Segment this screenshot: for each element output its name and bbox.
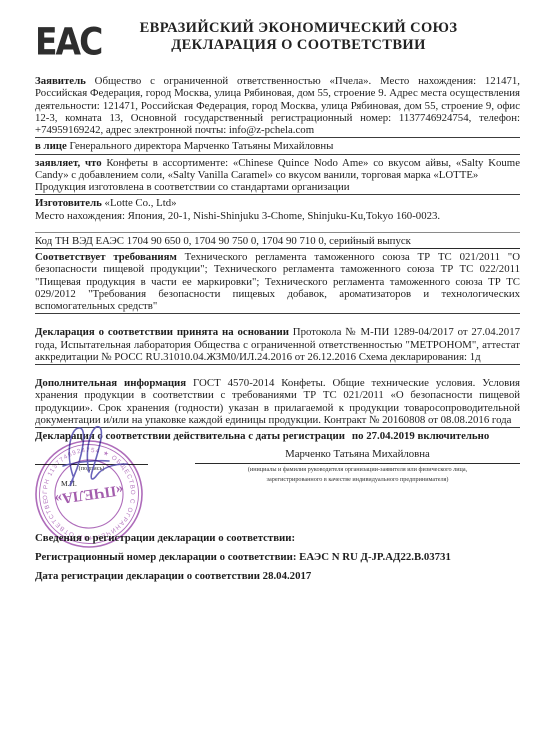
head-name: Марченко Татьяна Михайловна: [195, 448, 520, 461]
declares-paragraph: заявляет, что Конфеты в ассортименте: «C…: [35, 157, 520, 182]
document-title: ЕВРАЗИЙСКИЙ ЭКОНОМИЧЕСКИЙ СОЮЗ ДЕКЛАРАЦИ…: [87, 20, 520, 53]
divider: [35, 364, 520, 365]
applicant-paragraph: Заявитель Общество с ограниченной ответс…: [35, 75, 520, 136]
validity-date: по 27.04.2019 включительно: [352, 430, 489, 442]
manufacturer-address-line: Место нахождения: Япония, 20-1, Nishi-Sh…: [35, 210, 520, 222]
company-round-stamp: ОГРН 1137746924754 ★ ОБЩЕСТВО С ОГРАНИЧЕ…: [26, 431, 152, 557]
registration-number-line: Регистрационный номер декларации о соотв…: [35, 551, 520, 564]
registration-date-label: Дата регистрации декларации о соответств…: [35, 570, 260, 582]
registration-date-value: 28.04.2017: [263, 570, 312, 582]
divider: [35, 427, 520, 428]
name-caption-line-2: зарегистрированного в качестве индивидуа…: [195, 476, 520, 484]
additional-info-paragraph: Дополнительная информация ГОСТ 4570-2014…: [35, 377, 520, 426]
represented-by-line: в лице Генерального директора Марченко Т…: [35, 140, 520, 152]
declares-label: заявляет, что: [35, 157, 102, 169]
title-line-2: ДЕКЛАРАЦИЯ О СООТВЕТСТВИИ: [87, 37, 510, 53]
manufacturer-label: Изготовитель: [35, 197, 102, 209]
represented-by-text: Генерального директора Марченко Татьяны …: [70, 140, 334, 152]
divider: [35, 232, 520, 233]
tnved-line: Код ТН ВЭД ЕАЭС 1704 90 650 0, 1704 90 7…: [35, 235, 520, 247]
registration-date-line: Дата регистрации декларации о соответств…: [35, 570, 520, 583]
signature-right-block: Марченко Татьяна Михайловна (инициалы и …: [195, 448, 520, 483]
manufacturer-text: «Lotte Co., Ltd»: [105, 197, 177, 209]
divider: [35, 248, 520, 249]
manufacturer-line: Изготовитель «Lotte Co., Ltd»: [35, 197, 520, 209]
divider: [35, 313, 520, 314]
divider: [35, 154, 520, 155]
applicant-text: Общество с ограниченной ответственностью…: [35, 75, 520, 136]
registration-number-label: Регистрационный номер декларации о соотв…: [35, 551, 296, 563]
represented-by-label: в лице: [35, 140, 67, 152]
stamp-center-text: «ПЧЕЛА»: [53, 481, 124, 507]
compliance-label: Соответствует требованиям: [35, 251, 177, 263]
tnved-label: Код ТН ВЭД ЕАЭС: [35, 235, 124, 247]
declares-text: Конфеты в ассортименте: «Chinese Quince …: [35, 157, 520, 181]
basis-label: Декларация о соответствии принята на осн…: [35, 326, 289, 338]
divider: [35, 137, 520, 138]
registration-number-value: ЕАЭС N RU Д-JP.АД22.В.03731: [299, 551, 451, 563]
applicant-label: Заявитель: [35, 75, 86, 87]
document-header: ЕАС ЕВРАЗИЙСКИЙ ЭКОНОМИЧЕСКИЙ СОЮЗ ДЕКЛА…: [35, 20, 520, 60]
compliance-paragraph: Соответствует требованиям Технического р…: [35, 251, 520, 312]
declaration-document: ЕАС ЕВРАЗИЙСКИЙ ЭКОНОМИЧЕСКИЙ СОЮЗ ДЕКЛА…: [0, 0, 534, 750]
title-line-1: ЕВРАЗИЙСКИЙ ЭКОНОМИЧЕСКИЙ СОЮЗ: [87, 20, 510, 36]
declares-standard-line: Продукция изготовлена в соответствии со …: [35, 181, 520, 193]
divider: [35, 194, 520, 195]
tnved-codes: 1704 90 650 0, 1704 90 750 0, 1704 90 71…: [127, 235, 411, 247]
basis-paragraph: Декларация о соответствии принята на осн…: [35, 326, 520, 363]
name-line: [195, 461, 520, 464]
name-caption-line-1: (инициалы и фамилия руководителя организ…: [195, 466, 520, 474]
additional-info-label: Дополнительная информация: [35, 377, 186, 389]
eac-conformity-mark: ЕАС: [35, 20, 87, 65]
